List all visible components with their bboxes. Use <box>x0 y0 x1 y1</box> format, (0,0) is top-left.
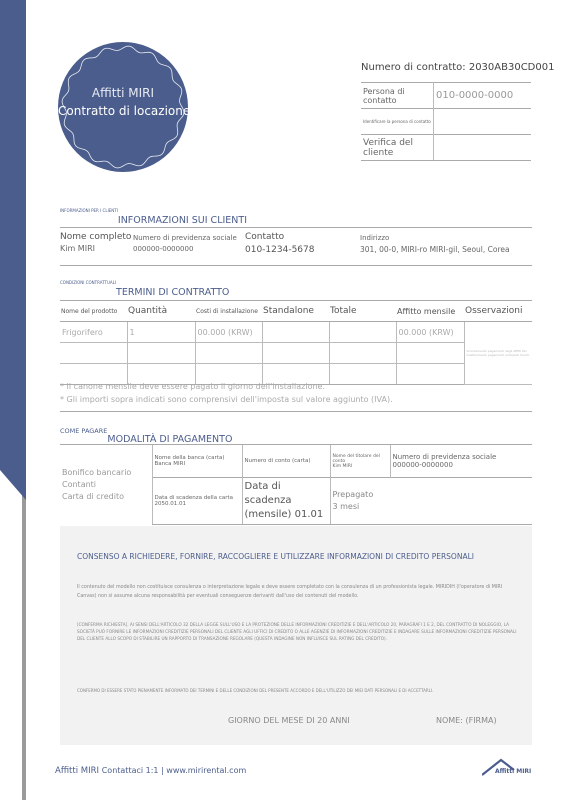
footer-logo: Affitti MIRI <box>482 756 538 780</box>
customer-ssn: Numero di previdenza sociale 000000-0000… <box>133 232 237 253</box>
due-cell[interactable]: Data di scadenza (mensile) 01.01 <box>242 478 330 525</box>
customer-address: Indirizzo 301, 00-0, MIRI-ro MIRI-gil, S… <box>360 232 510 254</box>
name-label: Nome completo <box>60 232 131 242</box>
cell[interactable] <box>329 322 396 343</box>
col-total: Totale <box>329 301 396 322</box>
terms-notes: * Il canone mensile deve essere pagato i… <box>60 380 393 406</box>
account-label: Numero di conto (carta) <box>245 458 328 464</box>
payment-section-kicker: COME PAGARE <box>60 427 107 435</box>
bank-cell[interactable]: Nome della banca (carta) Banca MIRI <box>152 445 242 478</box>
contact-row: Persona di contatto 010-0000-0000 <box>361 83 531 109</box>
cell[interactable]: Frigorifero <box>60 322 127 343</box>
holder-cell[interactable]: Nome del titolare del conto Kim MIRI <box>330 445 390 478</box>
cell[interactable] <box>127 343 195 364</box>
note-line: * Il canone mensile deve essere pagato i… <box>60 380 393 393</box>
cell[interactable]: 00.000 (KRW) <box>195 322 262 343</box>
payment-methods: Bonifico bancario Contanti Carta di cred… <box>60 445 152 525</box>
col-standalone: Standalone <box>262 301 329 322</box>
verify-row: Verifica del cliente <box>361 135 531 161</box>
customer-info: Nome completo Kim MIRI Numero di previde… <box>60 232 532 258</box>
expiry-value: 2050.01.01 <box>155 501 240 507</box>
consent-legal-text: [CONFERMA RICHIESTA]. AI SENSI DELL'ARTI… <box>77 621 517 642</box>
date-line[interactable]: GIORNO DEL MESE DI 20 ANNI <box>228 716 350 725</box>
contact-value-field[interactable]: 010-0000-0000 <box>434 83 532 109</box>
divider <box>60 411 532 412</box>
terms-table: Nome del prodotto Quantità Costi di inst… <box>60 300 532 385</box>
cell[interactable] <box>396 343 464 364</box>
col-product: Nome del prodotto <box>60 301 127 322</box>
cell[interactable] <box>396 364 464 385</box>
signature-line[interactable]: NOME: (FIRMA) <box>436 716 497 725</box>
identify-row: Identificare la persona di contatto <box>361 109 531 135</box>
due-value: (mensile) 01.01 <box>245 508 328 522</box>
holder-label: Nome del titolare del conto <box>333 454 388 464</box>
bank-value: Banca MIRI <box>155 461 240 467</box>
consent-panel: CONSENSO A RICHIEDERE, FORNIRE, RACCOGLI… <box>60 526 532 745</box>
cell[interactable] <box>195 343 262 364</box>
title-badge: Affitti MIRI Contratto di locazione <box>58 42 188 172</box>
col-monthly-rent: Affitto mensile <box>396 301 464 322</box>
identify-value-field[interactable] <box>434 109 532 135</box>
divider <box>60 227 532 228</box>
footer-brand: Affitti MIRI <box>55 766 99 776</box>
col-remarks: Osservazioni <box>464 301 532 322</box>
address-value: 301, 00-0, MIRI-ro MIRI-gil, Seoul, Core… <box>360 245 510 254</box>
col-quantity: Quantità <box>127 301 195 322</box>
prepaid-cell[interactable]: Prepagato 3 mesi <box>330 478 532 525</box>
verify-label: Verifica del cliente <box>361 135 434 161</box>
contact-label: Contatto <box>245 232 314 242</box>
contract-number: Numero di contratto: 2030AB30CD001 <box>361 62 554 73</box>
consent-title: CONSENSO A RICHIEDERE, FORNIRE, RACCOGLI… <box>77 552 474 561</box>
holder-value: Kim MIRI <box>333 464 388 469</box>
customer-section-heading: INFORMAZIONI SUI CLIENTI <box>118 215 247 226</box>
contact-value: 010-1234-5678 <box>245 245 314 255</box>
cell[interactable] <box>262 322 329 343</box>
account-cell[interactable]: Numero di conto (carta) <box>242 445 330 478</box>
payment-table: Bonifico bancario Contanti Carta di cred… <box>60 444 532 525</box>
footer-logo-text: Affitti MIRI <box>495 768 531 775</box>
due-label: Data di scadenza <box>245 480 328 508</box>
method-credit-card[interactable]: Carta di credito <box>62 491 150 503</box>
divider <box>60 265 532 266</box>
terms-header-row: Nome del prodotto Quantità Costi di inst… <box>60 301 532 322</box>
badge-brand: Affitti MIRI <box>58 86 188 100</box>
terms-section-heading: TERMINI DI CONTRATTO <box>116 287 229 298</box>
ssn-label: Numero di previdenza sociale <box>133 234 237 242</box>
terms-section-title: CONDIZIONI CONTRATTUALITERMINI DI CONTRA… <box>60 280 229 299</box>
method-cash[interactable]: Contanti <box>62 479 150 491</box>
expiry-cell[interactable]: Data di scadenza della carta 2050.01.01 <box>152 478 242 525</box>
consent-confirmation: CONFERMO DI ESSERE STATO PIENAMENTE INFO… <box>77 688 522 693</box>
cell[interactable]: 1 <box>127 322 195 343</box>
table-row <box>60 343 532 364</box>
payer-ssn-cell[interactable]: Numero di previdenza sociale 000000-0000… <box>390 445 532 478</box>
method-bank-transfer[interactable]: Bonifico bancario <box>62 467 150 479</box>
note-line: * Gli importi sopra indicati sono compre… <box>60 393 393 406</box>
consent-disclaimer: Il contenuto del modello non costituisce… <box>77 583 517 601</box>
contact-label: Persona di contatto <box>361 83 434 109</box>
cell[interactable] <box>329 343 396 364</box>
terms-section-kicker: CONDIZIONI CONTRATTUALI <box>60 280 116 285</box>
prepaid-value: 3 mesi <box>333 501 531 513</box>
badge-title: Contratto di locazione <box>58 104 188 118</box>
prepaid-label: Prepagato <box>333 489 531 501</box>
footer: Affitti MIRI Contattaci 1:1 | www.mirire… <box>55 766 246 776</box>
contact-table: Persona di contatto 010-0000-0000 Identi… <box>361 82 531 161</box>
payer-ssn-label: Numero di previdenza sociale <box>393 453 531 461</box>
sidebar-band <box>0 0 26 500</box>
name-value: Kim MIRI <box>60 244 131 253</box>
customer-section-kicker: INFORMAZIONI PER I CLIENTI <box>60 208 118 213</box>
table-row: Frigorifero 1 00.000 (KRW) 00.000 (KRW) … <box>60 322 532 343</box>
cell[interactable] <box>262 343 329 364</box>
payment-row: Bonifico bancario Contanti Carta di cred… <box>60 445 532 478</box>
col-install-cost: Costi di installazione <box>195 301 262 322</box>
payer-ssn-value: 000000-0000000 <box>393 461 531 469</box>
customer-section-title: INFORMAZIONI PER I CLIENTIINFORMAZIONI S… <box>60 208 247 227</box>
customer-name: Nome completo Kim MIRI <box>60 232 131 253</box>
customer-contact: Contatto 010-1234-5678 <box>245 232 314 255</box>
ssn-value: 000000-0000000 <box>133 245 237 253</box>
remarks-cell[interactable]: Scivolamento pagamenti degli affitti Per… <box>464 322 532 385</box>
identify-label: Identificare la persona di contatto <box>361 109 434 135</box>
cell[interactable]: 00.000 (KRW) <box>396 322 464 343</box>
cell[interactable] <box>60 343 127 364</box>
footer-contact[interactable]: Contattaci 1:1 | www.mirirental.com <box>102 766 247 775</box>
address-label: Indirizzo <box>360 234 510 242</box>
verify-value-field[interactable] <box>434 135 532 161</box>
